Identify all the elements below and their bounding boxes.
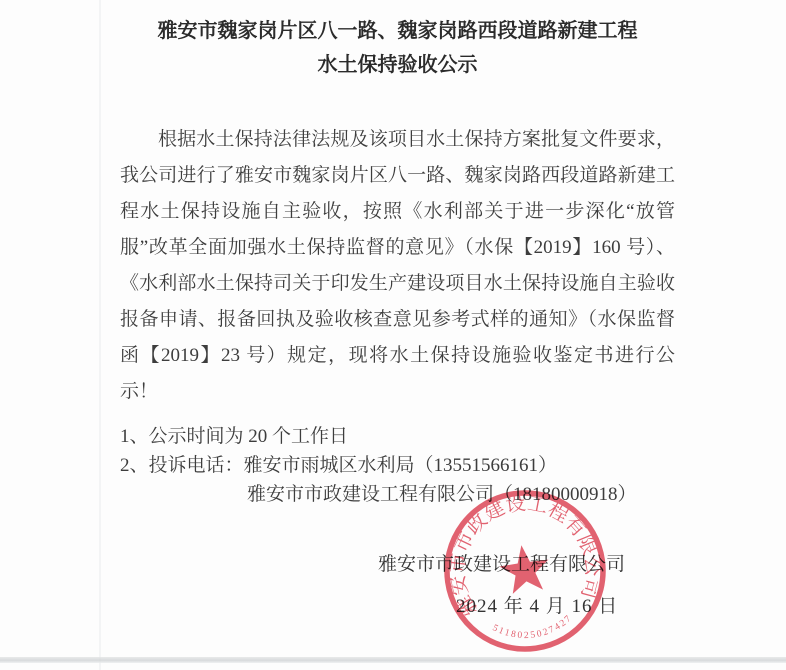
scan-artifact-bottom-band: [0, 657, 786, 663]
title-line-1: 雅安市魏家岗片区八一路、魏家岗路西段道路新建工程: [120, 14, 675, 48]
notice-list: 1、公示时间为 20 个工作日 2、投诉电话：雅安市雨城区水利局（1355156…: [120, 422, 675, 509]
page-title: 雅安市魏家岗片区八一路、魏家岗路西段道路新建工程 水土保持验收公示: [120, 14, 675, 82]
list-item-2-phone-1: 雅安市雨城区水利局（13551566161）: [244, 455, 558, 476]
list-item-2-phone-2: 雅安市市政建设工程有限公司（18180000918）: [120, 480, 675, 509]
title-line-2: 水土保持验收公示: [120, 48, 675, 82]
signature-date: 2024 年 4 月 16 日: [456, 591, 618, 618]
document-page: 雅安市魏家岗片区八一路、魏家岗路西段道路新建工程 水土保持验收公示 根据水土保持…: [0, 0, 786, 670]
list-item-2-label: 2、投诉电话：: [120, 455, 244, 476]
list-item-1: 1、公示时间为 20 个工作日: [120, 422, 675, 451]
document-content: 雅安市魏家岗片区八一路、魏家岗路西段道路新建工程 水土保持验收公示 根据水土保持…: [0, 0, 786, 509]
scan-artifact-streak: [99, 0, 101, 670]
list-item-2: 2、投诉电话：雅安市雨城区水利局（13551566161）: [120, 451, 675, 480]
notice-paragraph: 根据水土保持法律法规及该项目水土保持方案批复文件要求，我公司进行了雅安市魏家岗片…: [120, 122, 675, 410]
signature-company: 雅安市市政建设工程有限公司: [378, 549, 625, 576]
